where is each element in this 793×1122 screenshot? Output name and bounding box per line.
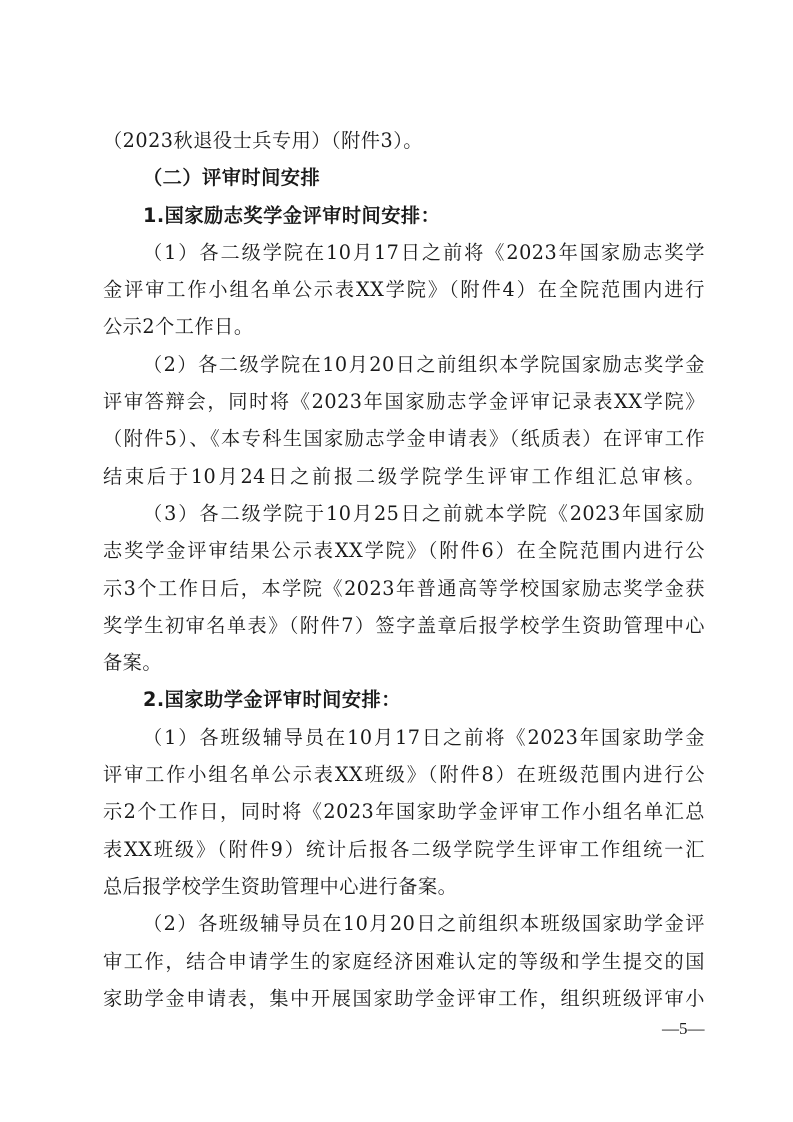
paragraph-line: 评审工作小组名单公示表XX班级》（附件8）在班级范围内进行公	[103, 756, 705, 793]
paragraph-line: 家助学金申请表，集中开展国家助学金评审工作，组织班级评审小	[103, 980, 705, 1017]
paragraph-line: 备案。	[103, 644, 705, 681]
text-line: （2023秋退役士兵专用）（附件3）。	[103, 122, 705, 159]
paragraph-line: 示2个工作日，同时将《2023年国家助学金评审工作小组名单汇总	[103, 793, 705, 830]
paragraph-line: 示3个工作日后，本学院《2023年普通高等学校国家励志奖学金获	[103, 570, 705, 607]
paragraph-line: 公示2个工作日。	[103, 308, 705, 345]
section-heading: （二）评审时间安排	[103, 159, 705, 196]
paragraph-line: 总后报学校学生资助管理中心进行备案。	[103, 868, 705, 905]
subsection-heading: 2.国家助学金评审时间安排：	[103, 681, 705, 718]
page-number: —5—	[662, 1019, 705, 1039]
subsection-heading: 1.国家励志奖学金评审时间安排：	[103, 197, 705, 234]
paragraph-line: 表XX班级》（附件9）统计后报各二级学院学生评审工作组统一汇	[103, 831, 705, 868]
paragraph-line: 评审答辩会，同时将《2023年国家励志学金评审记录表XX学院》	[103, 383, 705, 420]
paragraph-line: 志奖学金评审结果公示表XX学院》（附件6）在全院范围内进行公	[103, 532, 705, 569]
paragraph-line: （2）各二级学院在10月20日之前组织本学院国家励志奖学金	[103, 346, 705, 383]
paragraph-line: 奖学生初审名单表》（附件7）签字盖章后报学校学生资助管理中心	[103, 607, 705, 644]
paragraph-line: 结束后于10月24日之前报二级学院学生评审工作组汇总审核。	[103, 458, 705, 495]
paragraph-line: 金评审工作小组名单公示表XX学院》（附件4）在全院范围内进行	[103, 271, 705, 308]
document-page: （2023秋退役士兵专用）（附件3）。 （二）评审时间安排 1.国家励志奖学金评…	[103, 122, 705, 1017]
paragraph-line: （1）各二级学院在10月17日之前将《2023年国家励志奖学	[103, 234, 705, 271]
paragraph-line: （3）各二级学院于10月25日之前就本学院《2023年国家励	[103, 495, 705, 532]
paragraph-line: （附件5）、《本专科生国家励志学金申请表》（纸质表）在评审工作	[103, 420, 705, 457]
paragraph-line: （1）各班级辅导员在10月17日之前将《2023年国家助学金	[103, 719, 705, 756]
paragraph-line: 审工作，结合申请学生的家庭经济困难认定的等级和学生提交的国	[103, 943, 705, 980]
paragraph-line: （2）各班级辅导员在10月20日之前组织本班级国家助学金评	[103, 905, 705, 942]
